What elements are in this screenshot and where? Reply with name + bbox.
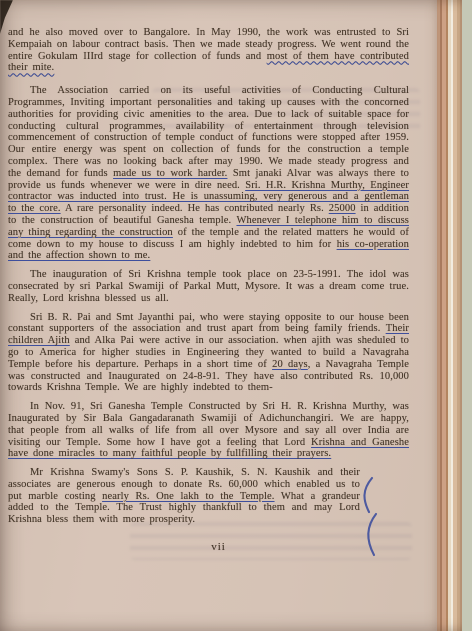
pen-underlined-text: made us to work harder. bbox=[113, 168, 227, 179]
page-text-block: and he also moved over to Bangalore. In … bbox=[8, 27, 409, 533]
text-segment: A rare personality indeed. He has contri… bbox=[61, 203, 329, 214]
paragraph: Sri B. R. Pai and Smt Jayanthi pai, who … bbox=[8, 312, 409, 395]
text-segment: The inauguration of Sri Krishna temple t… bbox=[8, 269, 409, 304]
pen-underlined-text: nearly Rs. One lakh to the Temple. bbox=[102, 491, 274, 502]
book-page-edges bbox=[437, 0, 462, 631]
book-page: and he also moved over to Bangalore. In … bbox=[0, 0, 437, 631]
paragraph: The Association carried on its useful ac… bbox=[8, 85, 409, 262]
paragraph: The inauguration of Sri Krishna temple t… bbox=[8, 269, 409, 304]
paragraph: and he also moved over to Bangalore. In … bbox=[8, 27, 409, 74]
text-segment: The Association carried on its useful ac… bbox=[8, 85, 409, 179]
text-segment: Sri B. R. Pai and Smt Jayanthi pai, who … bbox=[8, 312, 409, 335]
paragraph: In Nov. 91, Sri Ganesha Temple Construct… bbox=[8, 401, 409, 460]
paragraph: Mr Krishna Swamy's Sons S. P. Kaushik, S… bbox=[8, 467, 360, 526]
pen-underlined-text: 20 days bbox=[272, 359, 308, 370]
pen-underlined-text: 25000 bbox=[329, 203, 356, 214]
page-number: vii bbox=[0, 541, 437, 553]
